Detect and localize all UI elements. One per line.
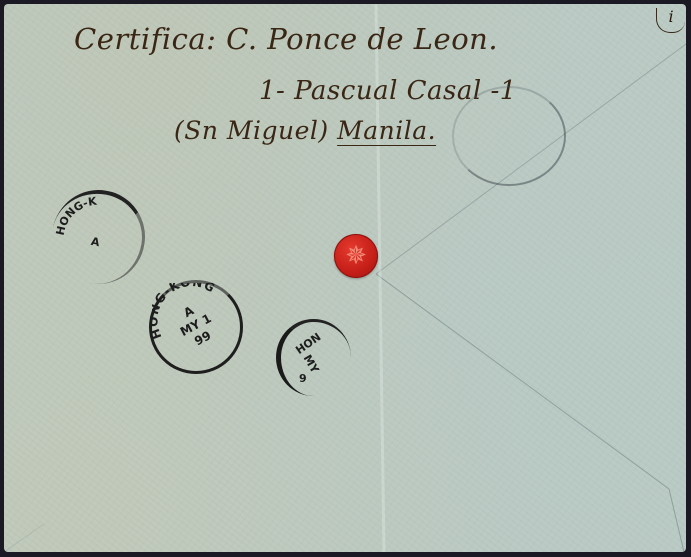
postmark-hong-kong-partial-middle: HON MY 9	[276, 319, 351, 396]
postmark-partial-text: HON MY 9	[281, 322, 351, 396]
svg-text:9: 9	[299, 372, 307, 385]
svg-text:A: A	[90, 235, 101, 249]
corner-mark-text: i	[668, 7, 673, 26]
envelope-back: i Certifica: C. Ponce de Leon. 1- Pascua…	[4, 4, 686, 552]
sender-line-certifica: Certifica: C. Ponce de Leon.	[74, 22, 498, 56]
faint-postmark-circle	[452, 86, 566, 186]
star-emblem-icon: ✵	[345, 241, 367, 271]
postmark-arc-text: HONG-K A	[45, 187, 149, 291]
postmark-hong-kong: HONG-KONG A MY 1 99	[149, 280, 243, 374]
svg-text:HON: HON	[293, 330, 323, 357]
district-text: (Sn Miguel)	[174, 116, 329, 145]
red-wax-seal: ✵	[334, 234, 378, 278]
corner-pencil-mark: i	[656, 8, 685, 33]
sender-line-city: (Sn Miguel) Manila.	[174, 116, 436, 145]
city-text: Manila.	[337, 116, 436, 145]
svg-text:HONG-K: HONG-K	[53, 188, 100, 241]
